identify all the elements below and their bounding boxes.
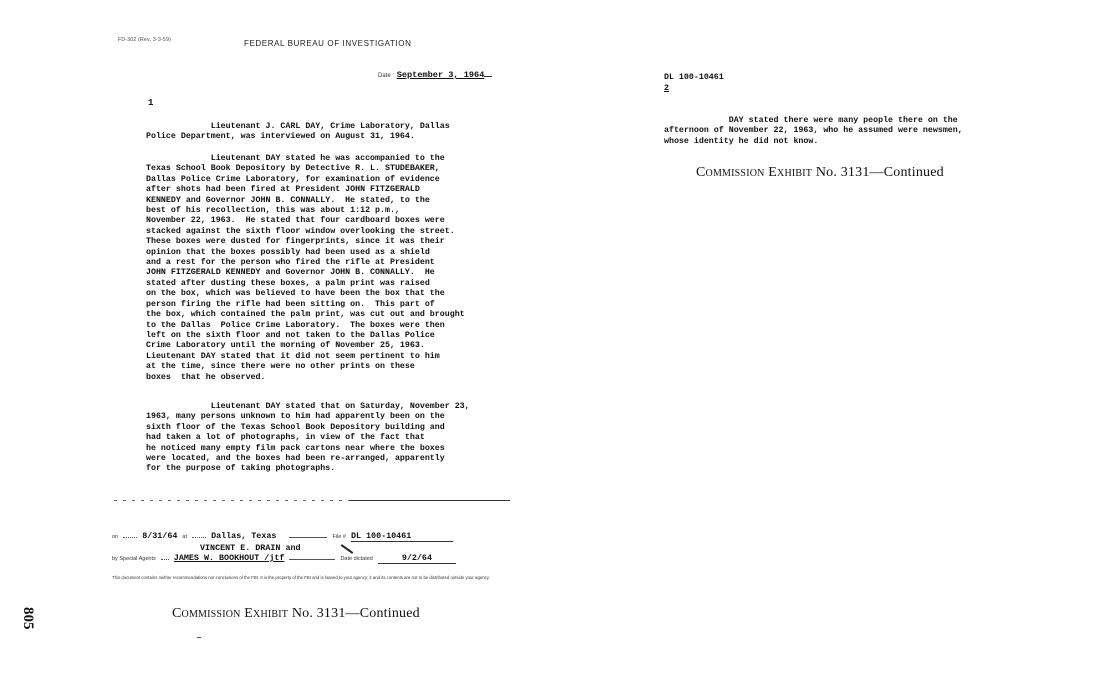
fbi-disclaimer: This document contains neither recommend… xyxy=(112,575,512,580)
at-label: at xyxy=(182,534,187,540)
footer-agents-row: by Special Agents JAMES W. BOOKHOUT /jtf… xyxy=(112,553,512,564)
file-reference: DL 100-10461 xyxy=(664,72,724,83)
exhibit-suffix: No. 3131—Continued xyxy=(816,165,944,180)
stray-mark xyxy=(197,637,201,638)
paragraph-interview-intro: Lieutenant J. CARL DAY, Crime Laboratory… xyxy=(146,122,526,143)
exhibit-caption-left: Commission Exhibit No. 3131—Continued xyxy=(172,606,420,622)
by-agents-label: by Special Agents xyxy=(112,556,156,562)
exhibit-caption-right: Commission Exhibit No. 3131—Continued xyxy=(696,165,944,181)
form-number: FD-302 (Rev. 3-3-59) xyxy=(118,37,171,43)
page-number-1: 1 xyxy=(148,98,153,108)
date-underline xyxy=(484,76,492,77)
dictated-field: 9/2/64 xyxy=(378,553,456,564)
agency-title: FEDERAL BUREAU OF INVESTIGATION xyxy=(244,39,412,48)
on-label: on xyxy=(112,534,118,540)
file-label: File # xyxy=(332,534,345,540)
paragraph-newsmen: DAY stated there were many people there … xyxy=(664,116,1044,147)
report-date: Date September 3, 1964 xyxy=(378,70,492,80)
separator-line-solid xyxy=(350,500,510,501)
date-label: Date xyxy=(378,73,391,79)
paragraph-photographs: Lieutenant DAY stated that on Saturday, … xyxy=(146,402,526,475)
exhibit-prefix: Commission Exhibit xyxy=(172,606,288,621)
interview-location: Dallas, Texas xyxy=(211,531,276,541)
agents-line-2: JAMES W. BOOKHOUT /jtf xyxy=(174,553,285,563)
page2-header: DL 100-10461 2 xyxy=(664,72,724,94)
agents-line-1: VINCENT E. DRAIN and xyxy=(200,543,301,553)
footer-interview-row: on 8/31/64 at Dallas, Texas File # DL 10… xyxy=(112,531,512,542)
dictated-date: 9/2/64 xyxy=(402,553,432,563)
exhibit-suffix: No. 3131—Continued xyxy=(292,606,420,621)
paragraph-palm-print: Lieutenant DAY stated he was accompanied… xyxy=(146,154,526,383)
file-number-field: DL 100-10461 xyxy=(351,531,453,542)
volume-page-number: 805 xyxy=(19,607,36,630)
interview-date: 8/31/64 xyxy=(142,531,177,541)
exhibit-prefix: Commission Exhibit xyxy=(696,165,812,180)
file-number: DL 100-10461 xyxy=(351,531,411,541)
dictated-label: Date dictated xyxy=(340,556,372,562)
date-value: September 3, 1964 xyxy=(397,70,485,80)
page-number-2: 2 xyxy=(664,83,724,94)
